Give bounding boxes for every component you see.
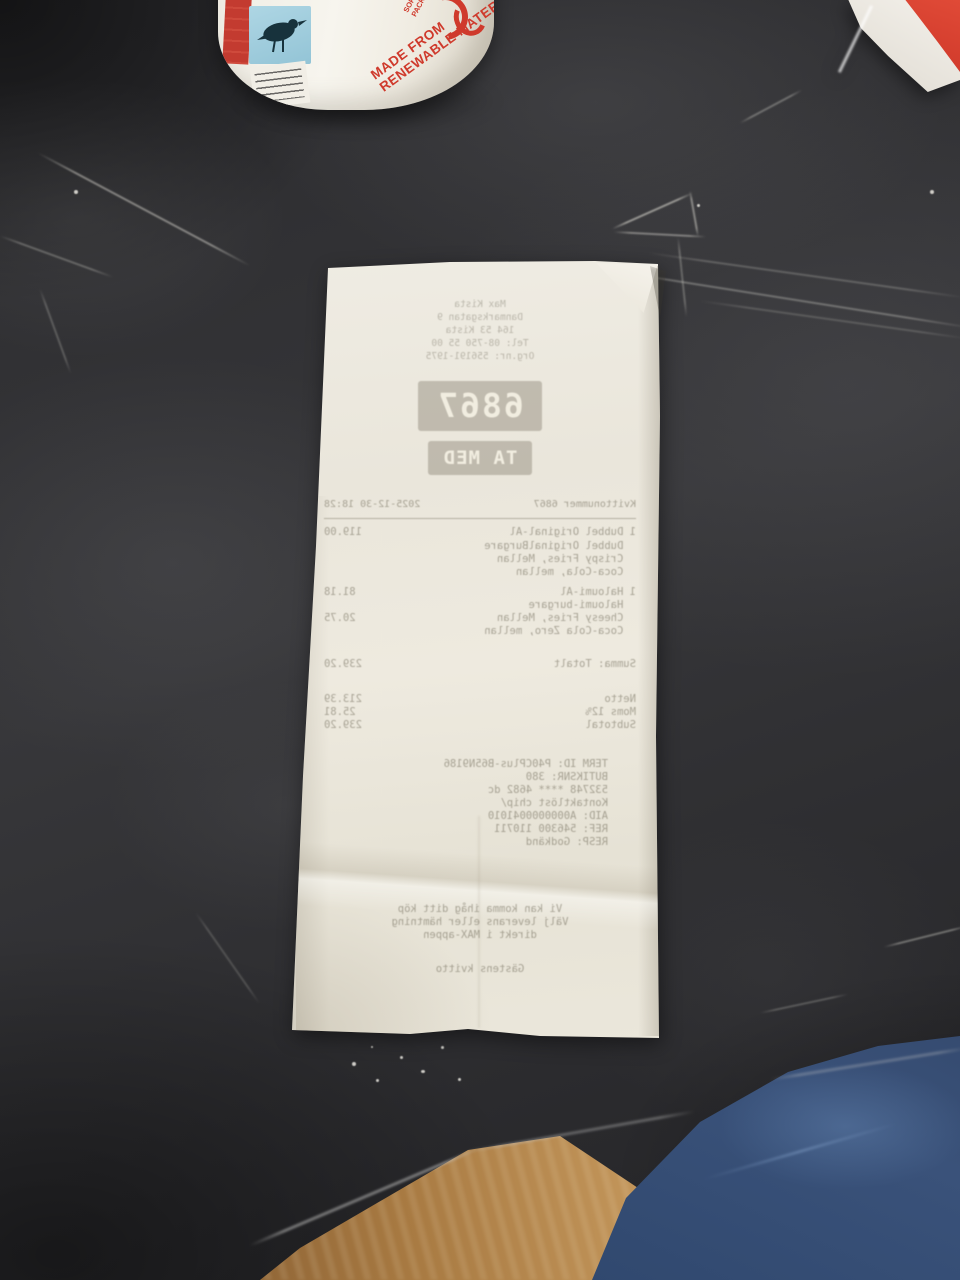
subtotal-label: Subtotal (585, 719, 636, 733)
netto-label: Netto (604, 693, 636, 707)
marble-vein (648, 252, 960, 299)
payment-line: BUTIKSNR: 380 (296, 771, 636, 785)
item-name: Crispy Fries, Mellan (497, 553, 636, 567)
marble-fleck (930, 190, 934, 194)
item-price: 20.75 (324, 612, 356, 626)
crumb (352, 1062, 356, 1066)
vat-value: 25.81 (324, 706, 356, 720)
receipt-order-number: 6867 (418, 381, 542, 431)
vat-label: Moms 12% (585, 706, 636, 720)
cup-eco-label (249, 6, 311, 64)
payment-line: Kontaktlöst chip/ (296, 797, 636, 811)
item-name: Dubbel OriginalBurgare (484, 540, 636, 554)
bird-logo (249, 6, 311, 64)
receipt-printed-side-mirrored: Max Kista Danmarksgatan 9 164 53 Kista T… (324, 290, 636, 1030)
receipt-service-tag: TA MED (428, 441, 532, 475)
item-name: Coca-Cola Zero, mellan (484, 625, 636, 639)
payment-line: TERM ID: P40CPlus-B65N9186 (296, 758, 636, 772)
receipt-header-line: Tel: 08-750 55 00 (324, 337, 636, 351)
marble-vein (689, 191, 699, 237)
marble-vein (760, 993, 848, 1014)
cup-certification-text (250, 61, 311, 110)
item-name: Haloumi-burgare (529, 599, 636, 613)
table-edge-highlight (468, 1110, 695, 1153)
crumb (458, 1078, 461, 1081)
item-name: 1 Haloumi-Al (560, 586, 636, 600)
marble-vein (614, 231, 706, 238)
marble-vein (677, 237, 687, 317)
payment-line: AID: A0000000041010 (296, 810, 636, 824)
receipt-divider (324, 518, 636, 519)
item-price: 81.18 (324, 586, 356, 600)
receipt-header-line: 164 53 Kista (324, 324, 636, 338)
crumb (441, 1046, 444, 1049)
crumb (421, 1070, 425, 1073)
marble-vein (39, 289, 72, 374)
receipt: Max Kista Danmarksgatan 9 164 53 Kista T… (290, 256, 670, 1044)
marble-vein (38, 152, 251, 266)
item-name: Coca-Cola, mellan (516, 566, 636, 580)
receipt-header-line: Max Kista (324, 298, 636, 312)
total-value: 239.20 (324, 658, 362, 672)
crumb (371, 1046, 373, 1048)
payment-line: REF: 546300 110711 (296, 823, 636, 837)
item-name: 1 Dubbel Original-Al (510, 526, 636, 540)
crumb (400, 1056, 403, 1059)
item-name: Cheesy Fries, Mellan (497, 612, 636, 626)
marble-vein (195, 912, 260, 1003)
receipt-header-line: Org.nr: 556191-1975 (324, 350, 636, 364)
netto-value: 213.39 (324, 693, 362, 707)
subtotal-value: 239.20 (324, 719, 362, 733)
footer-line: Välj leverans eller hämtning (324, 916, 636, 930)
cup-red-print-stripe (222, 0, 251, 65)
footer-line: direkt i MAX-appen (324, 929, 636, 943)
payment-line: 532748 **** 4682 dc (296, 784, 636, 798)
receipt-datetime: 2025-12-30 18:28 (324, 498, 420, 512)
marble-vein (740, 89, 803, 124)
marble-fleck (697, 204, 700, 207)
closing-line: Gästens kvitto (324, 963, 636, 977)
item-price: 119.00 (324, 526, 362, 540)
total-label: Summa: Totalt (554, 658, 636, 672)
marble-vein (884, 925, 960, 948)
receipt-header-line: Danmarksgatan 9 (324, 311, 636, 325)
footer-line: Vi kan komma ihåg ditt köp (324, 903, 636, 917)
paper-bag-corner (836, 0, 960, 100)
receipt-paper: Max Kista Danmarksgatan 9 164 53 Kista T… (290, 256, 670, 1044)
marble-fleck (74, 190, 78, 194)
payment-line: RESP: Godkänd (296, 836, 636, 850)
marble-vein (612, 192, 693, 230)
crumb (376, 1079, 379, 1082)
receipt-number-label: Kvittonummer 6867 (534, 498, 636, 512)
marble-vein (0, 235, 113, 278)
photo-scene: SORT AS PLASTIC PACKAGING MADE FROM RENE… (0, 0, 960, 1280)
